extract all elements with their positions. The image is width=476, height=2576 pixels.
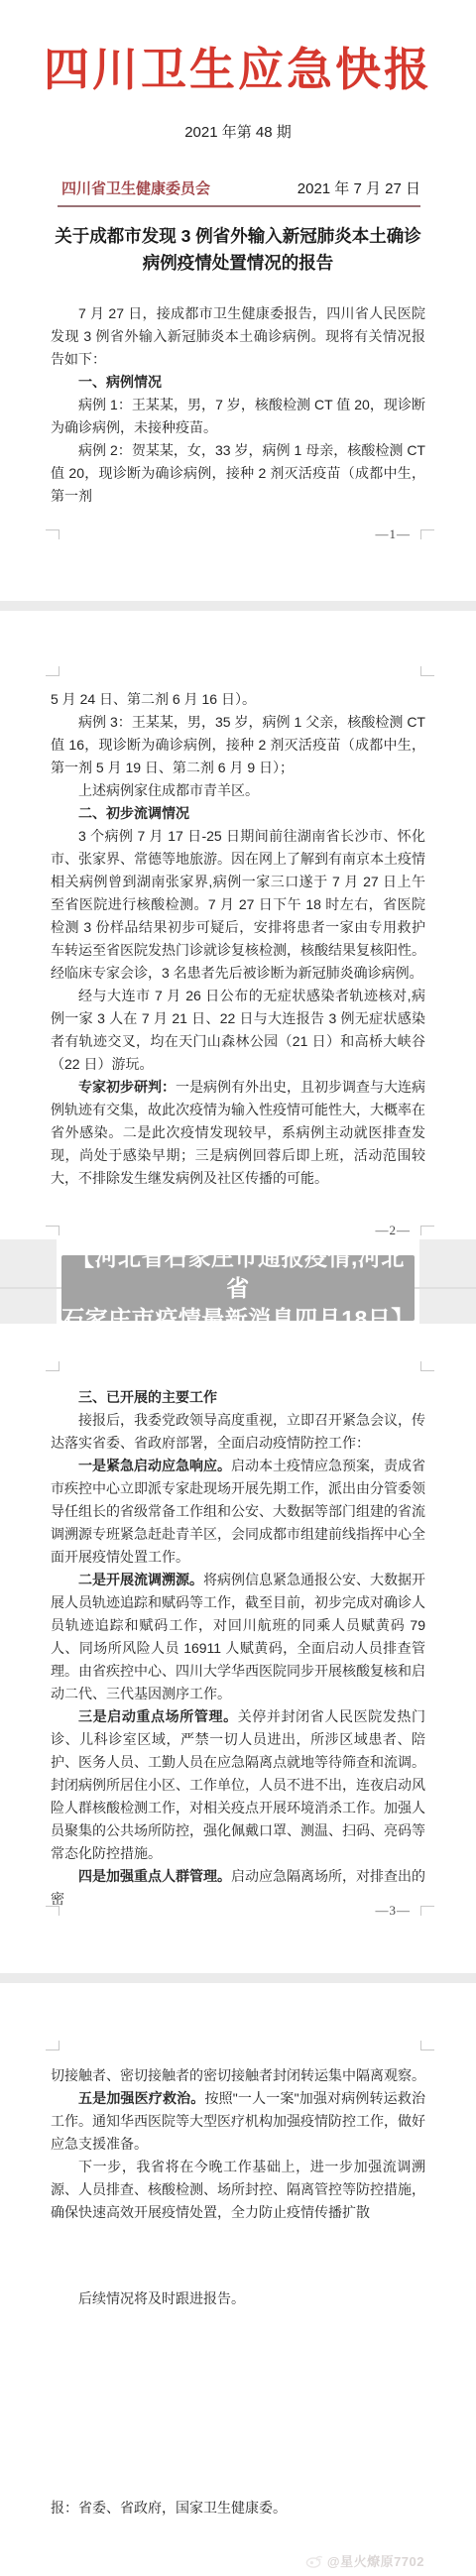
paragraph-lead: 一是紧急启动应急响应。 [78, 1458, 231, 1473]
paragraph-lead: 三是启动重点场所管理。 [78, 1708, 238, 1724]
distribution-note: 报：省委、省政府，国家卫生健康委。 [51, 2497, 425, 2519]
paragraph: 专家初步研判：一是病例有外出史，且初步调查与大连病例轨迹有交集，故此次疫情为输入… [51, 1076, 425, 1190]
issue-date: 2021 年 7 月 27 日 [297, 177, 420, 198]
caption-line-1: 【河北省石家庄市通报疫情,河北省 [61, 1242, 415, 1304]
paragraph-lead: 二是开展流调溯源。 [78, 1572, 203, 1587]
paragraph: 切接触者、密切接触者的密切接触者封闭转运集中隔离观察。 [51, 2064, 425, 2087]
crop-mark-bottom-right [420, 529, 434, 539]
paragraph: 病例 3：王某某，男，35 岁，病例 1 父亲，核酸检测 CT 值 16，现诊断… [51, 711, 425, 779]
crop-mark-bottom-right [420, 1226, 434, 1235]
paragraph: 5 月 24 日、第二剂 6 月 16 日）。 [51, 688, 425, 711]
letterhead-row: 四川省卫生健康委员会 2021 年 7 月 27 日 [61, 177, 420, 198]
gap-gray-right [419, 1239, 476, 1324]
bulletin-masthead-title: 四川卫生应急快报 [0, 44, 476, 95]
paragraph: 接报后，我委党政领导高度重视，立即召开紧急会议，传达落实省委、省政府部署，全面启… [51, 1409, 425, 1455]
document-title: 关于成都市发现 3 例省外输入新冠肺炎本土确诊病例疫情处置情况的报告 [52, 223, 424, 277]
page-1-body: 7 月 27 日，接成都市卫生健康委报告，四川省人民医院发现 3 例省外输入新冠… [0, 302, 476, 508]
page-3-body: 三、已开展的主要工作接报后，我委党政领导高度重视，立即召开紧急会议，传达落实省委… [0, 1334, 476, 1911]
paragraph: 三、已开展的主要工作 [51, 1386, 425, 1409]
paragraph: 下一步，我省将在今晚工作基础上，进一步加强流调溯源、人员排查、核酸检测、场所封控… [51, 2156, 425, 2224]
paragraph: 二是开展流调溯源。将病例信息紧急通报公安、大数据开展人员轨迹追踪和赋码等工作，截… [51, 1569, 425, 1705]
bulletin-issue-number: 2021 年第 48 期 [0, 121, 476, 142]
page-4: 切接触者、密切接触者的密切接触者封闭转运集中隔离观察。五是加强医疗救治。按照"一… [0, 1983, 476, 2576]
letterhead-rule [58, 205, 420, 207]
issuing-agency: 四川省卫生健康委员会 [61, 177, 210, 198]
paragraph: 上述病例家住成都市青羊区。 [51, 779, 425, 802]
crop-mark-bottom-left [46, 1906, 59, 1916]
paragraph: 一是紧急启动应急响应。启动本土疫情应急预案，责成省市疾控中心立即派专家赴现场开展… [51, 1455, 425, 1569]
page-1: 四川卫生应急快报 2021 年第 48 期 四川省卫生健康委员会 2021 年 … [0, 0, 476, 601]
crop-mark-bottom-left [46, 529, 59, 539]
paragraph: 三是启动重点场所管理。关停并封闭省人民医院发热门诊、儿科诊室区域，严禁一切人员进… [51, 1705, 425, 1865]
crop-mark-top-right [420, 2041, 434, 2050]
paragraph: 病例 2：贺某某，女，33 岁，病例 1 母亲，核酸检测 CT 值 20，现诊断… [51, 439, 425, 508]
paragraph: 3 个病例 7 月 17 日-25 日期间前往湖南省长沙市、怀化市、张家界、常德… [51, 825, 425, 985]
watermark-text: @星火燎原7702 [327, 2551, 424, 2570]
paragraph-lead: 四是加强重点人群管理。 [78, 1868, 231, 1884]
page-gap-divider [0, 601, 476, 611]
paragraph: 一、病例情况 [51, 371, 425, 394]
page-2-body: 5 月 24 日、第二剂 6 月 16 日）。病例 3：王某某，男，35 岁，病… [0, 611, 476, 1190]
crop-mark-top-left [46, 2041, 59, 2050]
gap-gray-left [0, 1239, 57, 1324]
paragraph: 7 月 27 日，接成都市卫生健康委报告，四川省人民医院发现 3 例省外输入新冠… [51, 302, 425, 371]
paragraph: 经与大连市 7 月 26 日公布的无症状感染者轨迹核对,病例一家 3 人在 7 … [51, 985, 425, 1076]
page-number-1: —1— [376, 527, 412, 542]
paragraph: 五是加强医疗救治。按照"一人一案"加强对病例转运救治工作。通知华西医院等大型医疗… [51, 2087, 425, 2156]
weibo-watermark: @星火燎原7702 [305, 2551, 424, 2570]
crop-mark-top-left [46, 666, 59, 676]
crop-mark-top-right [420, 666, 434, 676]
paragraph-lead: 五是加强医疗救治。 [78, 2090, 204, 2106]
page-4-body: 切接触者、密切接触者的密切接触者封闭转运集中隔离观察。五是加强医疗救治。按照"一… [0, 1983, 476, 2310]
overlay-caption-banner: 【河北省石家庄市通报疫情,河北省 石家庄市疫情最新消息四月18日】 [61, 1255, 415, 1321]
page-number-2: —2— [376, 1223, 412, 1238]
page-3: 三、已开展的主要工作接报后，我委党政领导高度重视，立即召开紧急会议，传达落实省委… [0, 1334, 476, 1973]
caption-line-2: 石家庄市疫情最新消息四月18日】 [61, 1304, 415, 1335]
crop-mark-top-left [46, 1361, 59, 1371]
crop-mark-bottom-left [46, 1226, 59, 1235]
crop-mark-top-right [420, 1361, 434, 1371]
screenshot-root: { "masthead": { "title": "四川卫生应急快报", "is… [0, 0, 476, 2576]
paragraph: 二、初步流调情况 [51, 802, 425, 825]
paragraph-lead: 专家初步研判： [78, 1079, 176, 1095]
paragraph: 病例 1：王某某，男，7 岁，核酸检测 CT 值 20，现诊断为确诊病例，未接种… [51, 394, 425, 439]
page-2: 5 月 24 日、第二剂 6 月 16 日）。病例 3：王某某，男，35 岁，病… [0, 611, 476, 1239]
crop-mark-bottom-right [420, 1906, 434, 1916]
page-gap-divider [0, 1973, 476, 1983]
page-number-3: —3— [376, 1903, 412, 1919]
weibo-icon [305, 2554, 323, 2568]
page-gap-with-caption: 【河北省石家庄市通报疫情,河北省 石家庄市疫情最新消息四月18日】 [0, 1239, 476, 1334]
paragraph: 后续情况将及时跟进报告。 [51, 2287, 425, 2310]
paragraph: 四是加强重点人群管理。启动应急隔离场所，对排查出的密 [51, 1865, 425, 1911]
